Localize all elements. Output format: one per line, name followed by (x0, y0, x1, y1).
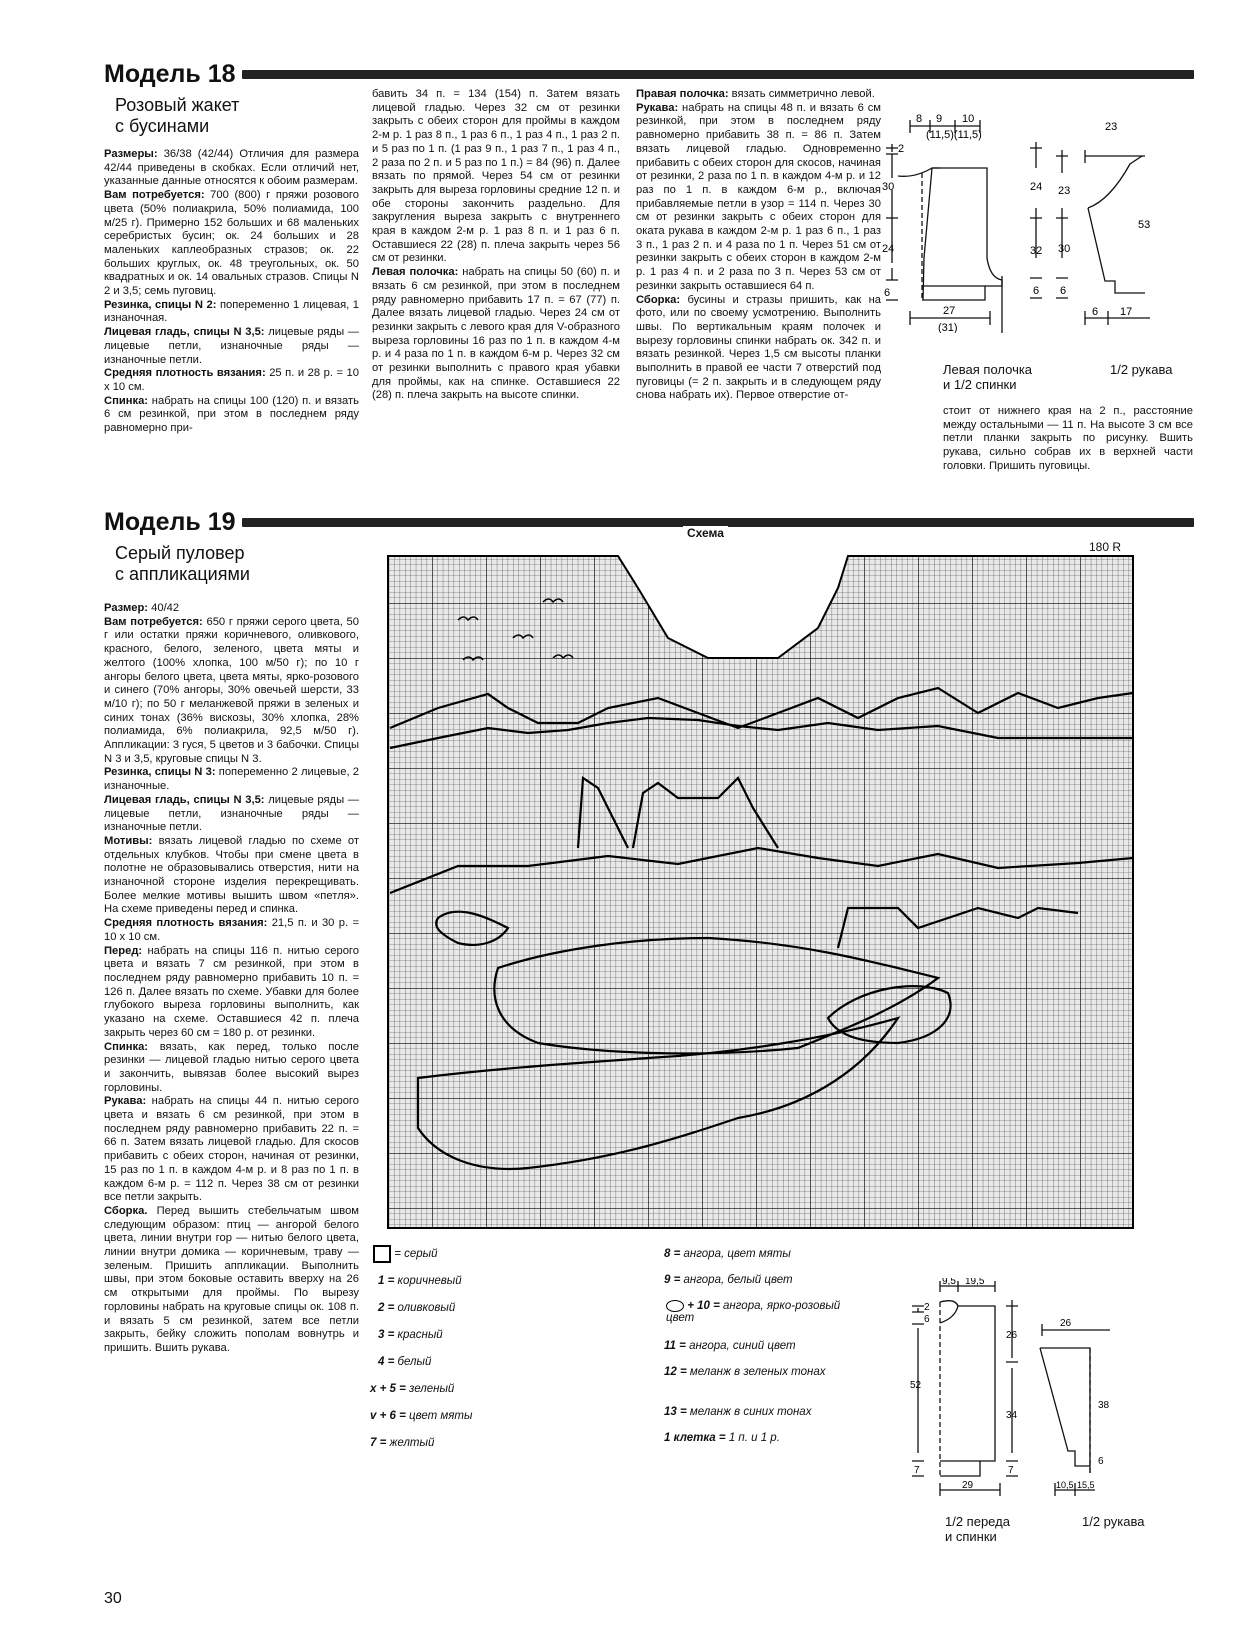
page-number: 30 (104, 1590, 122, 1608)
paragraph: Размеры: 36/38 (42/44) Отличия для разме… (104, 148, 359, 189)
dim-label: 6 (924, 1314, 930, 1325)
model18-heading: Модель 18 (104, 60, 1194, 88)
dim-label: 24 (882, 243, 894, 255)
paragraph: Рукава: набрать на спицы 44 п. нитью сер… (104, 1095, 359, 1205)
paragraph: бавить 34 п. = 134 (154) п. Затем вязать… (372, 88, 620, 266)
paragraph: Перед: набрать на спицы 116 п. нитью сер… (104, 945, 359, 1041)
model18-column-2: бавить 34 п. = 134 (154) п. Затем вязать… (372, 88, 620, 403)
dim-label: 6 (1098, 1456, 1104, 1467)
dim-label: 2 (898, 143, 904, 155)
model18-subtitle: Розовый жакет с бусинами (115, 95, 239, 137)
legend-item: 7 = желтый (370, 1437, 434, 1449)
dim-label: 26 (1060, 1318, 1072, 1329)
dim-label: 19,5 (965, 1278, 985, 1287)
model19-heading: Модель 19 (104, 508, 1194, 536)
model18-column-4: стоит от нижнего края на 2 п., расстояни… (943, 405, 1193, 474)
subtitle-line: Розовый жакет (115, 95, 239, 116)
model19-column-1: Размер: 40/42 Вам потребуется: 650 г пря… (104, 602, 359, 1356)
diagram-caption: 1/2 рукава (1110, 362, 1172, 377)
paragraph: Лицевая гладь, спицы N 3,5: лицевые ряды… (104, 326, 359, 367)
paragraph: Резинка, спицы N 3: попеременно 2 лицевы… (104, 766, 359, 793)
legend-item: 8 = ангора, цвет мяты (664, 1248, 791, 1260)
paragraph: Размер: 40/42 (104, 602, 359, 616)
chart-title: Схема (683, 526, 728, 540)
legend-item: 1 клетка = 1 п. и 1 р. (664, 1432, 780, 1444)
dim-label: 23 (1105, 121, 1117, 133)
paragraph: Правая полочка: вязать симметрично левой… (636, 88, 881, 102)
model19-pattern-diagram: 9,5 19,5 2 6 52 7 26 34 7 29 26 38 6 10,… (910, 1278, 1170, 1503)
dim-label: 53 (1138, 219, 1150, 231)
dim-label: 6 (1092, 306, 1098, 318)
paragraph: Вам потребуется: 650 г пряжи серого цвет… (104, 616, 359, 767)
dim-label: 17 (1120, 306, 1132, 318)
paragraph: Вам потребуется: 700 (800) г пряжи розов… (104, 189, 359, 299)
dim-label: 7 (1008, 1465, 1014, 1476)
dim-label: (31) (938, 322, 958, 333)
dim-label: 8 (916, 113, 922, 125)
dim-label: 32 (1030, 245, 1042, 257)
dim-label: 7 (914, 1465, 920, 1476)
dim-label: 38 (1098, 1400, 1110, 1411)
legend-item: 9 = ангора, белый цвет (664, 1274, 793, 1286)
diagram-caption: 1/2 рукава (1082, 1514, 1144, 1529)
paragraph: Мотивы: вязать лицевой гладью по схеме о… (104, 835, 359, 917)
legend-item: 4 = белый (378, 1356, 431, 1368)
subtitle-line: с аппликациями (115, 564, 250, 585)
paragraph: Спинка: набрать на спицы 100 (120) п. и … (104, 395, 359, 436)
paragraph: Средняя плотность вязания: 25 п. и 28 р.… (104, 367, 359, 394)
legend-item: 2 = оливковый (378, 1302, 455, 1314)
legend-item: x + 5 = зеленый (370, 1383, 454, 1395)
legend-item: 12 = меланж в зеленых тонах (664, 1366, 844, 1378)
legend-item: = серый (373, 1245, 438, 1263)
diagram-caption: Левая полочка и 1/2 спинки (943, 362, 1032, 392)
legend-item: + 10 = ангора, ярко-розовый цвет (666, 1300, 866, 1324)
paragraph: Сборка. Перед вышить стебельчатым швом с… (104, 1205, 359, 1356)
dim-label: 30 (882, 181, 894, 193)
dim-label: 15,5 (1077, 1480, 1095, 1490)
model18-column-1: Размеры: 36/38 (42/44) Отличия для разме… (104, 148, 359, 436)
model18-column-3: Правая полочка: вязать симметрично левой… (636, 88, 881, 403)
dim-label: 6 (1033, 285, 1039, 297)
dim-label: 29 (962, 1480, 974, 1491)
knitting-chart: Схема 180 R (378, 548, 1138, 1260)
dim-label: 10 (962, 113, 974, 125)
dim-label: 6 (1060, 285, 1066, 297)
dim-label: 9,5 (942, 1278, 956, 1287)
dim-label: 27 (943, 305, 955, 317)
dim-label: (11,5)(11,5) (926, 129, 982, 141)
paragraph: Рукава: набрать на спицы 48 п. и вязать … (636, 102, 881, 294)
paragraph: Сборка: бусины и стразы пришить, как на … (636, 294, 881, 404)
diagram-caption: 1/2 переда и спинки (945, 1514, 1010, 1544)
heading-divider (242, 70, 1194, 79)
subtitle-line: с бусинами (115, 116, 239, 137)
dim-label: 10,5 (1056, 1480, 1074, 1490)
paragraph: Резинка, спицы N 2: попеременно 1 лицева… (104, 299, 359, 326)
paragraph: Лицевая гладь, спицы N 3,5: лицевые ряды… (104, 794, 359, 835)
dim-label: 23 (1058, 185, 1070, 197)
paragraph: Спинка: вязать, как перед, только после … (104, 1041, 359, 1096)
paragraph: Средняя плотность вязания: 21,5 п. и 30 … (104, 917, 359, 944)
model19-subtitle: Серый пуловер с аппликациями (115, 543, 250, 585)
dim-label: 26 (1006, 1330, 1018, 1341)
dim-label: 34 (1006, 1410, 1018, 1421)
model18-title: Модель 18 (104, 60, 236, 88)
dim-label: 24 (1030, 181, 1042, 193)
model19-title: Модель 19 (104, 508, 236, 536)
paragraph: Левая полочка: набрать на спицы 50 (60) … (372, 266, 620, 403)
legend-item: v + 6 = цвет мяты (370, 1410, 472, 1422)
paragraph: стоит от нижнего края на 2 п., расстояни… (943, 405, 1193, 474)
dim-label: 2 (924, 1302, 930, 1313)
legend-item: 11 = ангора, синий цвет (664, 1340, 796, 1352)
dim-label: 52 (910, 1380, 922, 1391)
dim-label: 30 (1058, 243, 1070, 255)
legend-item: 3 = красный (378, 1329, 443, 1341)
dim-label: 9 (936, 113, 942, 125)
dim-label: 6 (884, 287, 890, 299)
subtitle-line: Серый пуловер (115, 543, 250, 564)
chart-row-label: 180 R (1086, 540, 1124, 554)
oval-icon (666, 1300, 684, 1312)
legend-item: 1 = коричневый (378, 1275, 462, 1287)
empty-square-icon (373, 1245, 391, 1263)
legend-item: 13 = меланж в синих тонах (664, 1406, 811, 1418)
model18-pattern-diagram: 8 9 10 (11,5)(11,5) 2 30 24 6 24 32 6 23… (880, 108, 1160, 333)
